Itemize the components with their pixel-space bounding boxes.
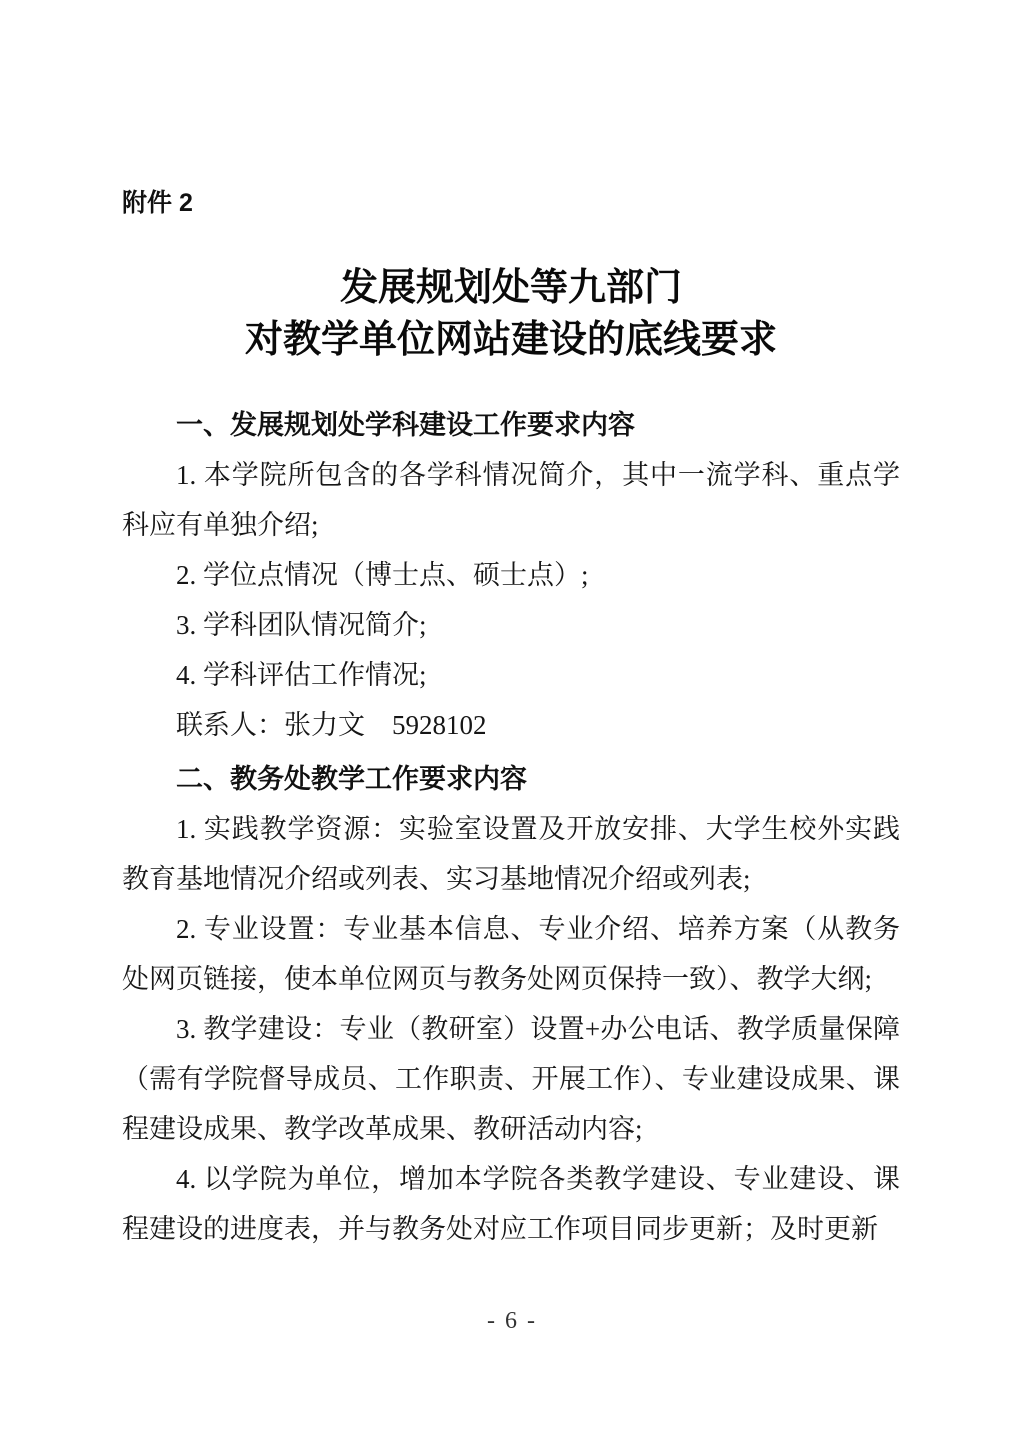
section-2-item-4: 4. 以学院为单位，增加本学院各类教学建设、专业建设、课程建设的进度表，并与教务… (122, 1154, 900, 1254)
title-line-2: 对教学单位网站建设的底线要求 (122, 314, 900, 366)
section-1-item-1: 1. 本学院所包含的各学科情况简介，其中一流学科、重点学科应有单独介绍; (122, 450, 900, 550)
document-page: 附件 2 发展规划处等九部门 对教学单位网站建设的底线要求 一、发展规划处学科建… (0, 0, 1024, 1448)
section-1-contact-line: 联系人：张力文 5928102 (122, 700, 900, 750)
section-1-item-4: 4. 学科评估工作情况; (122, 650, 900, 700)
page-number: - 6 - (0, 1308, 1024, 1335)
section-2-item-1: 1. 实践教学资源：实验室设置及开放安排、大学生校外实践教育基地情况介绍或列表、… (122, 804, 900, 904)
document-title: 发展规划处等九部门 对教学单位网站建设的底线要求 (122, 262, 900, 366)
section-1-heading: 一、发展规划处学科建设工作要求内容 (122, 400, 900, 450)
section-2-item-3: 3. 教学建设：专业（教研室）设置+办公电话、教学质量保障（需有学院督导成员、工… (122, 1004, 900, 1154)
attachment-label: 附件 2 (122, 186, 900, 220)
section-academic-affairs-office: 二、教务处教学工作要求内容 1. 实践教学资源：实验室设置及开放安排、大学生校外… (122, 754, 900, 1254)
title-line-1: 发展规划处等九部门 (122, 262, 900, 314)
section-2-heading: 二、教务处教学工作要求内容 (122, 754, 900, 804)
section-1-item-2: 2. 学位点情况（博士点、硕士点）; (122, 550, 900, 600)
section-2-item-2: 2. 专业设置：专业基本信息、专业介绍、培养方案（从教务处网页链接，使本单位网页… (122, 904, 900, 1004)
section-1-item-3: 3. 学科团队情况简介; (122, 600, 900, 650)
section-planning-office: 一、发展规划处学科建设工作要求内容 1. 本学院所包含的各学科情况简介，其中一流… (122, 400, 900, 750)
